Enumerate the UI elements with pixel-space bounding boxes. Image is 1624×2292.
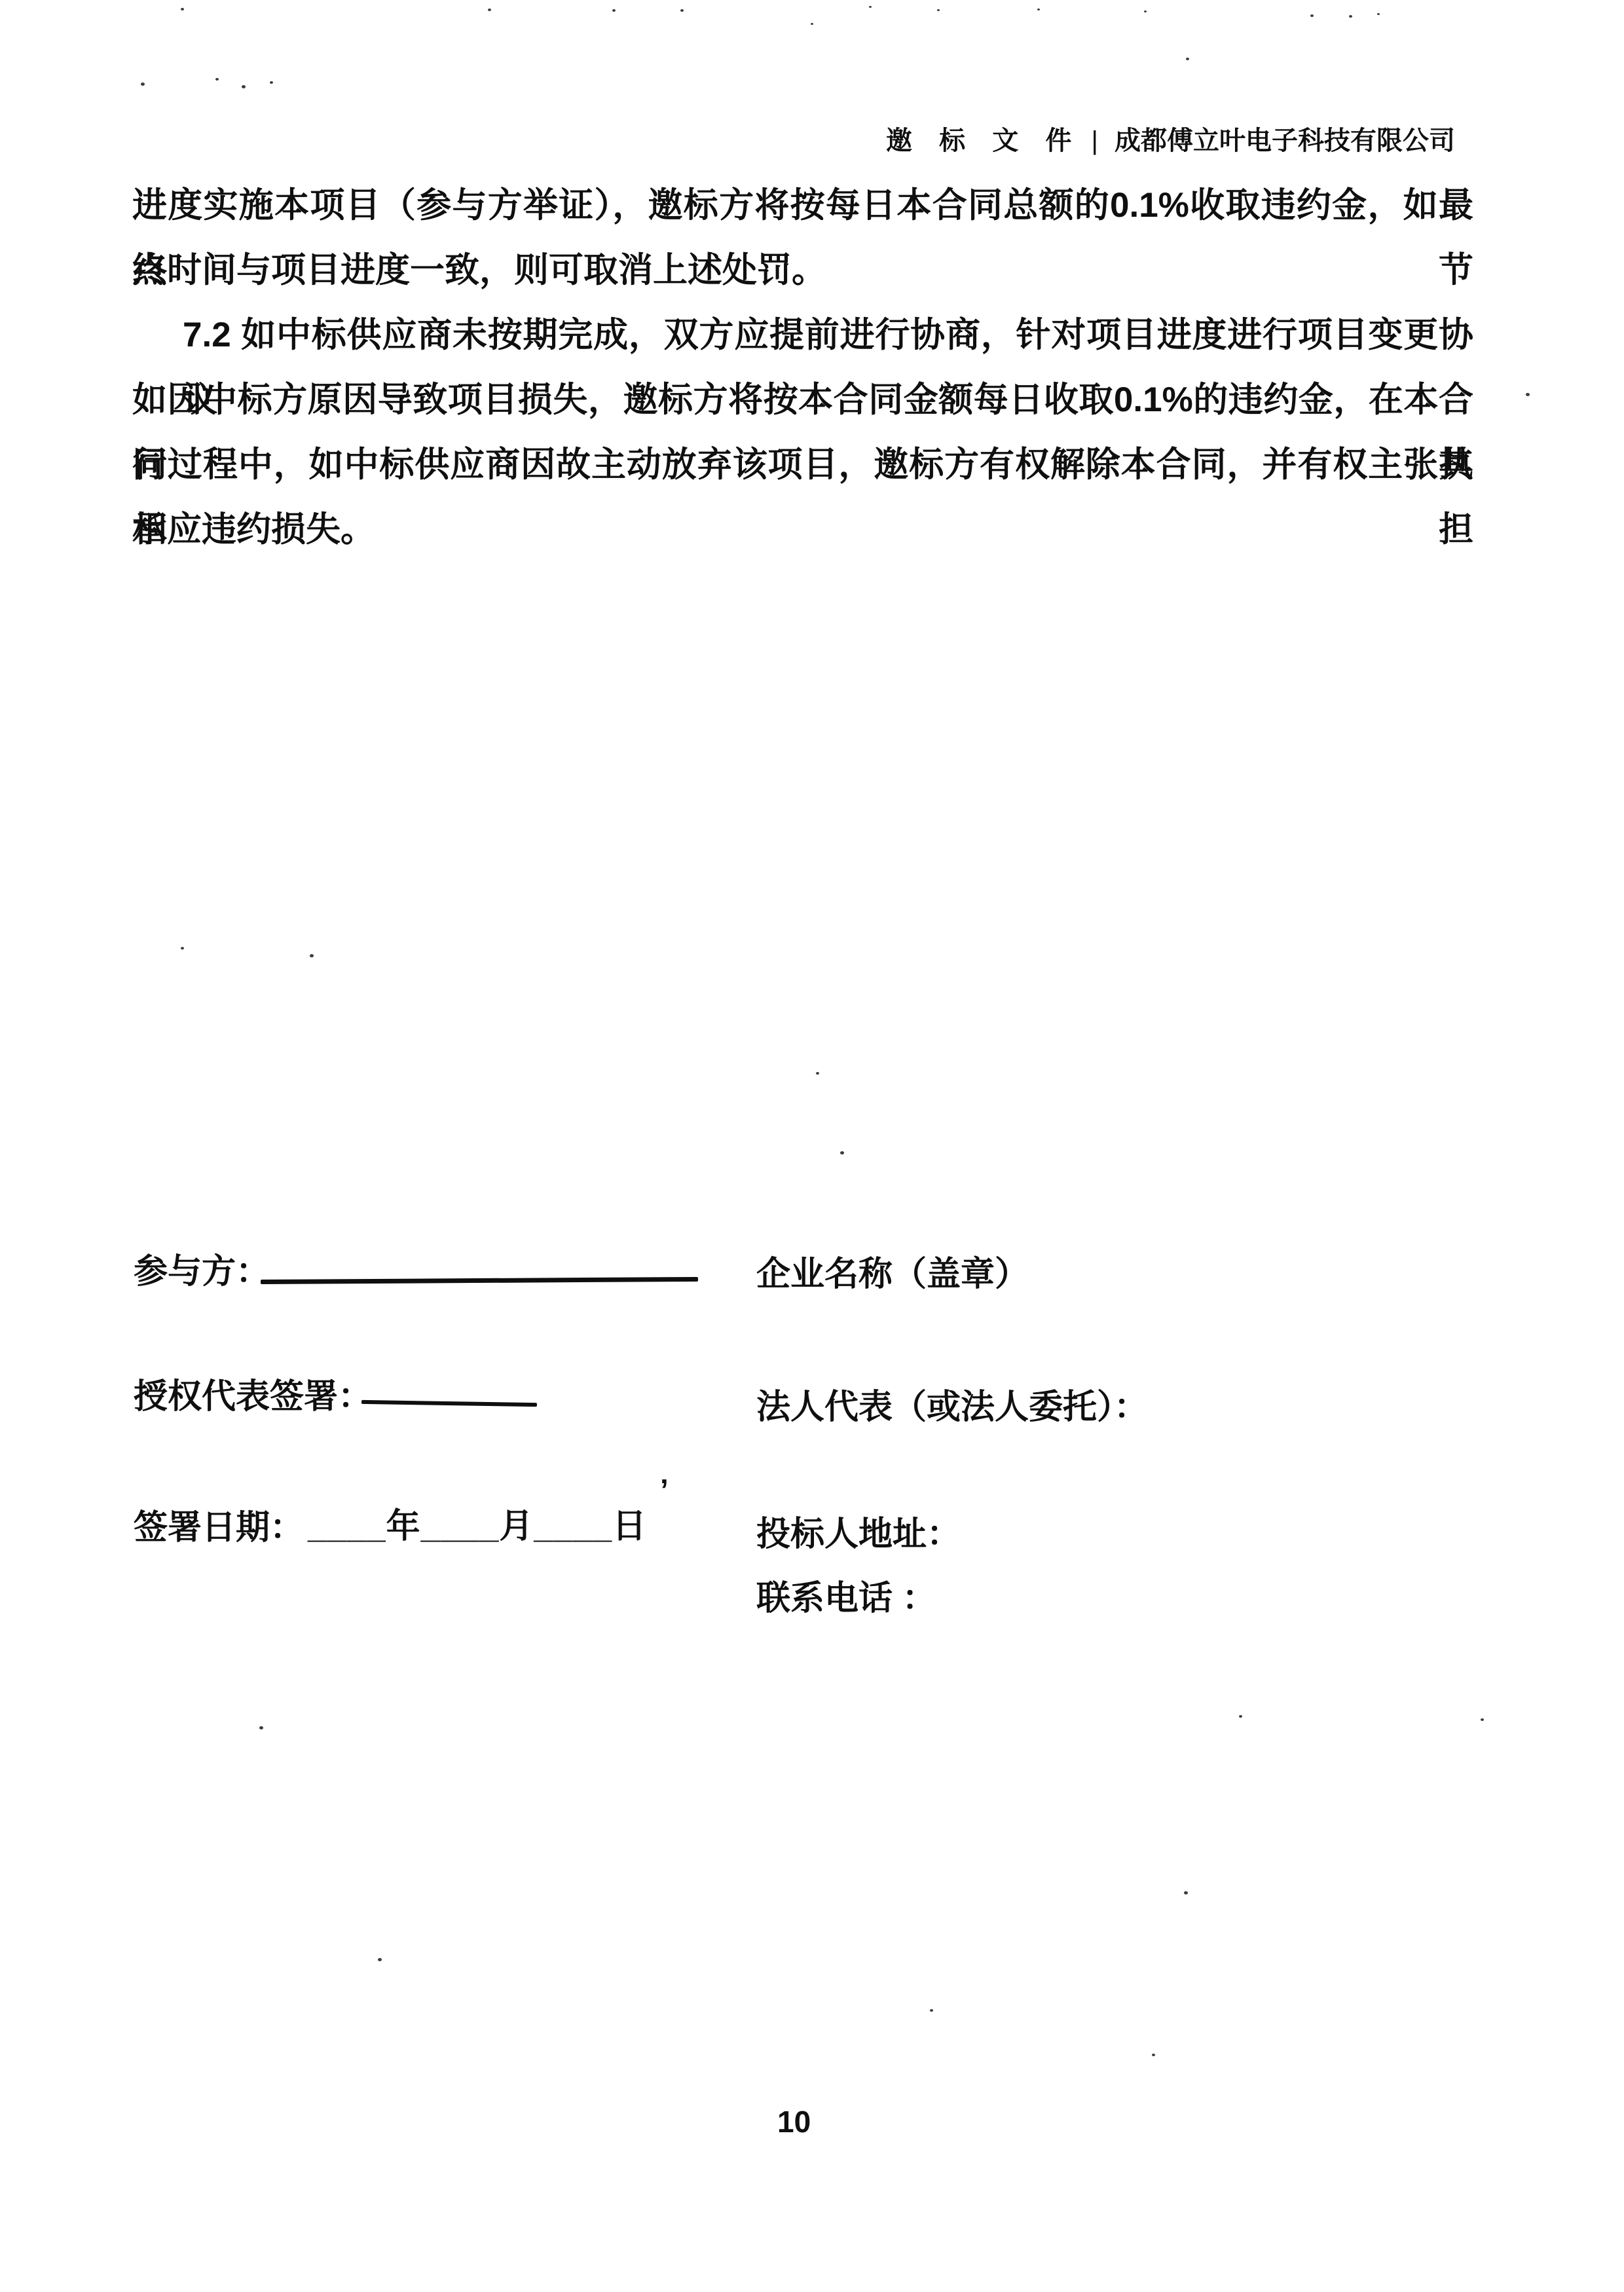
scan-speck xyxy=(1239,1715,1242,1718)
body-line-4: 如因中标方原因导致项目损失，邀标方将按本合同金额每日收取0.1%的违约金，在本合… xyxy=(132,367,1473,432)
scan-speck xyxy=(488,9,491,11)
scan-speck xyxy=(378,1958,382,1961)
authorized-rep-signature-label: 授权代表签署： xyxy=(134,1369,372,1418)
body-line-1: 进度实施本项目（参与方举证），邀标方将按每日本合同总额的0.1%收取违约金，如最… xyxy=(132,173,1473,238)
scan-speck xyxy=(1481,1718,1484,1721)
participant-blank-line xyxy=(261,1277,698,1284)
body-line-3: 7.2 如中标供应商未按期完成，双方应提前进行协商，针对项目进度进行项目变更协议 xyxy=(132,303,1473,367)
bidder-address-label: 投标人地址： xyxy=(756,1506,961,1555)
scan-speck xyxy=(1349,15,1352,18)
scan-speck xyxy=(816,1072,819,1075)
scan-speck xyxy=(215,78,219,81)
scan-speck xyxy=(1526,393,1530,396)
contact-phone-label: 联系电话 ： xyxy=(756,1570,936,1619)
contract-clauses: 进度实施本项目（参与方举证），邀标方将按每日本合同总额的0.1%收取违约金，如最… xyxy=(132,173,1473,562)
header-doc-type: 邀 标 文 件 xyxy=(886,126,1081,155)
sign-date-label: 签署日期： xyxy=(134,1500,304,1549)
header-company-name: 成都傅立叶电子科技有限公司 xyxy=(1115,126,1455,155)
scan-speck xyxy=(141,83,145,86)
scan-speck xyxy=(811,23,813,25)
scan-speck xyxy=(612,9,616,12)
authorized-rep-blank-line xyxy=(361,1400,537,1407)
scan-speck xyxy=(270,81,273,84)
scan-speck xyxy=(181,8,184,10)
scan-speck xyxy=(259,1726,263,1729)
body-line-5: 行过程中，如中标供应商因故主动放弃该项目，邀标方有权解除本合同，并有权主张其承担 xyxy=(132,432,1473,497)
scan-speck xyxy=(1144,10,1147,12)
company-name-seal-label: 企业名称（盖章） xyxy=(756,1246,1029,1295)
scan-speck xyxy=(840,1151,844,1155)
header-separator: | xyxy=(1091,126,1098,155)
scan-speck xyxy=(930,2009,933,2012)
scan-speck xyxy=(1184,1891,1188,1895)
scan-speck xyxy=(1037,9,1040,10)
scan-speck xyxy=(1377,13,1380,15)
scan-speck xyxy=(680,9,684,12)
page-number: 10 xyxy=(777,2104,811,2139)
legal-rep-label: 法人代表（或法人委托）： xyxy=(756,1379,1148,1428)
scan-speck xyxy=(310,954,314,957)
scan-speck xyxy=(1186,58,1189,60)
page-header: 邀 标 文 件 | 成都傅立叶电子科技有限公司 xyxy=(886,120,1455,157)
scan-speck xyxy=(242,85,246,88)
scan-speck xyxy=(869,6,872,8)
participant-label: 参与方： xyxy=(134,1244,270,1293)
scan-speck xyxy=(937,9,940,11)
scan-speck xyxy=(1310,14,1314,17)
scan-speck xyxy=(1152,2054,1155,2056)
document-page: 邀 标 文 件 | 成都傅立叶电子科技有限公司 进度实施本项目（参与方举证），邀… xyxy=(0,0,1624,2292)
sign-date-blanks: ____年____月____日 xyxy=(308,1498,647,1547)
scan-speck xyxy=(181,947,184,950)
scan-stray-mark: ’ xyxy=(660,1472,669,1507)
